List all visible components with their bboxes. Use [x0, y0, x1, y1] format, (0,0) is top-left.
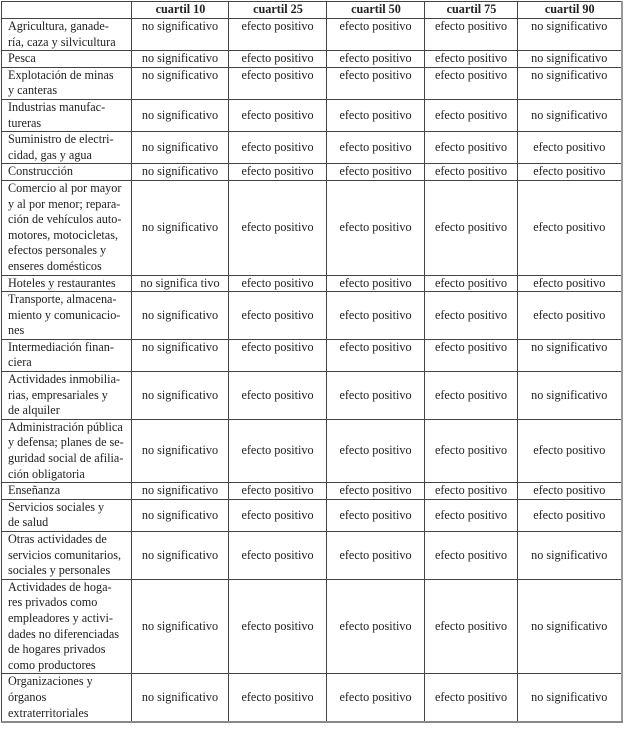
quantile-cell: no significativo: [518, 372, 622, 420]
quantile-cell: efecto positivo: [425, 275, 518, 292]
quantile-cell: efecto positivo: [229, 19, 327, 51]
quantile-cell: efecto positivo: [229, 372, 327, 420]
quantile-cell: efecto positivo: [425, 51, 518, 68]
quantile-cell: efecto positivo: [229, 132, 327, 164]
quantile-cell: efecto positivo: [518, 275, 622, 292]
quantile-cell: efecto positivo: [327, 99, 425, 131]
table-row: Comercio al por mayory al por menor; rep…: [2, 180, 622, 275]
quantile-cell: efecto positivo: [425, 532, 518, 580]
quantile-cell: efecto positivo: [327, 67, 425, 99]
table-row: Otras actividades deservicios comunitari…: [2, 532, 622, 580]
table-row: Enseñanzano significativoefecto positivo…: [2, 483, 622, 500]
sector-label: Transporte, almacena-miento y comunicaci…: [2, 292, 132, 340]
quantile-cell: efecto positivo: [229, 275, 327, 292]
table-row: Transporte, almacena-miento y comunicaci…: [2, 292, 622, 340]
quantile-cell: efecto positivo: [425, 483, 518, 500]
quantile-cell: no significativo: [132, 99, 229, 131]
quantile-cell: efecto positivo: [229, 164, 327, 181]
table-row: Industrias manufac-turerasno significati…: [2, 99, 622, 131]
quantile-cell: efecto positivo: [518, 419, 622, 482]
quantile-cell: efecto positivo: [229, 99, 327, 131]
sector-label: Agricultura, ganade-ría, caza y silvicul…: [2, 19, 132, 51]
quantile-cell: efecto positivo: [425, 99, 518, 131]
table-row: Explotación de minasy canterasno signifi…: [2, 67, 622, 99]
quantile-cell: efecto positivo: [425, 292, 518, 340]
quantile-cell: efecto positivo: [425, 132, 518, 164]
table-row: Actividades de hoga-res privados comoemp…: [2, 579, 622, 674]
table-row: Administración públicay defensa; planes …: [2, 419, 622, 482]
quantile-cell: no significativo: [518, 67, 622, 99]
sector-label: Organizaciones yórganosextraterritoriale…: [2, 674, 132, 722]
table-row: Pescano significativoefecto positivoefec…: [2, 51, 622, 68]
quantile-cell: efecto positivo: [425, 372, 518, 420]
sector-label: Suministro de electri-cidad, gas y agua: [2, 132, 132, 164]
quantile-cell: efecto positivo: [229, 483, 327, 500]
quantile-cell: no significativo: [132, 483, 229, 500]
quantile-cell: no significativo: [132, 51, 229, 68]
quantile-cell: no significativo: [518, 532, 622, 580]
sector-label: Intermediación finan-ciera: [2, 339, 132, 371]
header-sector: [2, 2, 132, 19]
sector-label: Industrias manufac-tureras: [2, 99, 132, 131]
quantile-cell: efecto positivo: [425, 419, 518, 482]
header-q75: cuartil 75: [425, 2, 518, 19]
table-row: Suministro de electri-cidad, gas y aguan…: [2, 132, 622, 164]
quantile-cell: no significativo: [132, 499, 229, 531]
quantile-cell: no significativo: [132, 164, 229, 181]
quantile-cell: no significativo: [132, 674, 229, 722]
quantile-cell: no significativo: [518, 99, 622, 131]
quantile-cell: no significativo: [132, 419, 229, 482]
quantile-cell: efecto positivo: [327, 164, 425, 181]
quantile-cell: no significativo: [132, 579, 229, 674]
sector-label: Actividades de hoga-res privados comoemp…: [2, 579, 132, 674]
header-q90: cuartil 90: [518, 2, 622, 19]
quantile-cell: no significativo: [132, 180, 229, 275]
quantile-cell: efecto positivo: [327, 339, 425, 371]
quantile-cell: efecto positivo: [229, 532, 327, 580]
quantile-cell: no significativo: [132, 532, 229, 580]
quantile-cell: efecto positivo: [425, 180, 518, 275]
table-row: Organizaciones yórganosextraterritoriale…: [2, 674, 622, 722]
quantile-cell: efecto positivo: [327, 292, 425, 340]
quantile-cell: no significativo: [132, 19, 229, 51]
quantile-cell: efecto positivo: [229, 419, 327, 482]
sector-label: Actividades inmobilia-rias, empresariale…: [2, 372, 132, 420]
header-q25: cuartil 25: [229, 2, 327, 19]
quantile-cell: no significativo: [518, 674, 622, 722]
quantile-cell: efecto positivo: [327, 275, 425, 292]
sector-label: Enseñanza: [2, 483, 132, 500]
quantile-cell: efecto positivo: [518, 292, 622, 340]
quantile-cell: efecto positivo: [327, 579, 425, 674]
table-row: Intermediación finan-cierano significati…: [2, 339, 622, 371]
quantile-cell: no significativo: [132, 292, 229, 340]
table-row: Agricultura, ganade-ría, caza y silvicul…: [2, 19, 622, 51]
sector-label: Hoteles y restaurantes: [2, 275, 132, 292]
quantile-cell: efecto positivo: [327, 419, 425, 482]
header-q50: cuartil 50: [327, 2, 425, 19]
quantile-cell: efecto positivo: [425, 499, 518, 531]
quantile-cell: efecto positivo: [327, 19, 425, 51]
quantile-cell: efecto positivo: [229, 51, 327, 68]
quantile-cell: no significa tivo: [132, 275, 229, 292]
quantile-cell: efecto positivo: [229, 579, 327, 674]
table-row: Hoteles y restaurantesno significa tivoe…: [2, 275, 622, 292]
quantile-cell: efecto positivo: [229, 499, 327, 531]
quantile-cell: no significativo: [518, 579, 622, 674]
quantile-cell: efecto positivo: [229, 674, 327, 722]
quantile-cell: efecto positivo: [327, 180, 425, 275]
sector-label: Pesca: [2, 51, 132, 68]
sector-label: Construcción: [2, 164, 132, 181]
quantile-cell: efecto positivo: [327, 499, 425, 531]
quantile-cell: efecto positivo: [327, 674, 425, 722]
quantile-cell: efecto positivo: [229, 67, 327, 99]
quantile-cell: no significativo: [132, 132, 229, 164]
quantile-cell: efecto positivo: [327, 532, 425, 580]
quantile-results-table: cuartil 10 cuartil 25 cuartil 50 cuartil…: [1, 1, 623, 723]
quantile-cell: efecto positivo: [229, 292, 327, 340]
quantile-cell: efecto positivo: [425, 579, 518, 674]
quantile-cell: no significativo: [132, 339, 229, 371]
header-q10: cuartil 10: [132, 2, 229, 19]
quantile-cell: efecto positivo: [425, 339, 518, 371]
sector-label: Explotación de minasy canteras: [2, 67, 132, 99]
quantile-cell: efecto positivo: [425, 164, 518, 181]
quantile-cell: no significativo: [132, 67, 229, 99]
quantile-cell: efecto positivo: [327, 132, 425, 164]
table-row: Construcciónno significativoefecto posit…: [2, 164, 622, 181]
quantile-cell: efecto positivo: [327, 372, 425, 420]
quantile-cell: efecto positivo: [518, 164, 622, 181]
quantile-cell: efecto positivo: [425, 19, 518, 51]
quantile-cell: efecto positivo: [518, 499, 622, 531]
quantile-cell: efecto positivo: [518, 483, 622, 500]
quantile-cell: efecto positivo: [229, 180, 327, 275]
header-row: cuartil 10 cuartil 25 cuartil 50 cuartil…: [2, 2, 622, 19]
sector-label: Administración públicay defensa; planes …: [2, 419, 132, 482]
quantile-cell: no significativo: [518, 51, 622, 68]
quantile-cell: efecto positivo: [425, 674, 518, 722]
table-row: Actividades inmobilia-rias, empresariale…: [2, 372, 622, 420]
quantile-cell: efecto positivo: [518, 180, 622, 275]
quantile-cell: efecto positivo: [327, 51, 425, 68]
quantile-cell: efecto positivo: [229, 339, 327, 371]
quantile-cell: no significativo: [518, 19, 622, 51]
quantile-cell: no significativo: [132, 372, 229, 420]
quantile-cell: no significativo: [518, 339, 622, 371]
quantile-cell: efecto positivo: [425, 67, 518, 99]
quantile-cell: efecto positivo: [327, 483, 425, 500]
table-row: Servicios sociales yde saludno significa…: [2, 499, 622, 531]
sector-label: Comercio al por mayory al por menor; rep…: [2, 180, 132, 275]
quantile-cell: efecto positivo: [518, 132, 622, 164]
sector-label: Otras actividades deservicios comunitari…: [2, 532, 132, 580]
sector-label: Servicios sociales yde salud: [2, 499, 132, 531]
